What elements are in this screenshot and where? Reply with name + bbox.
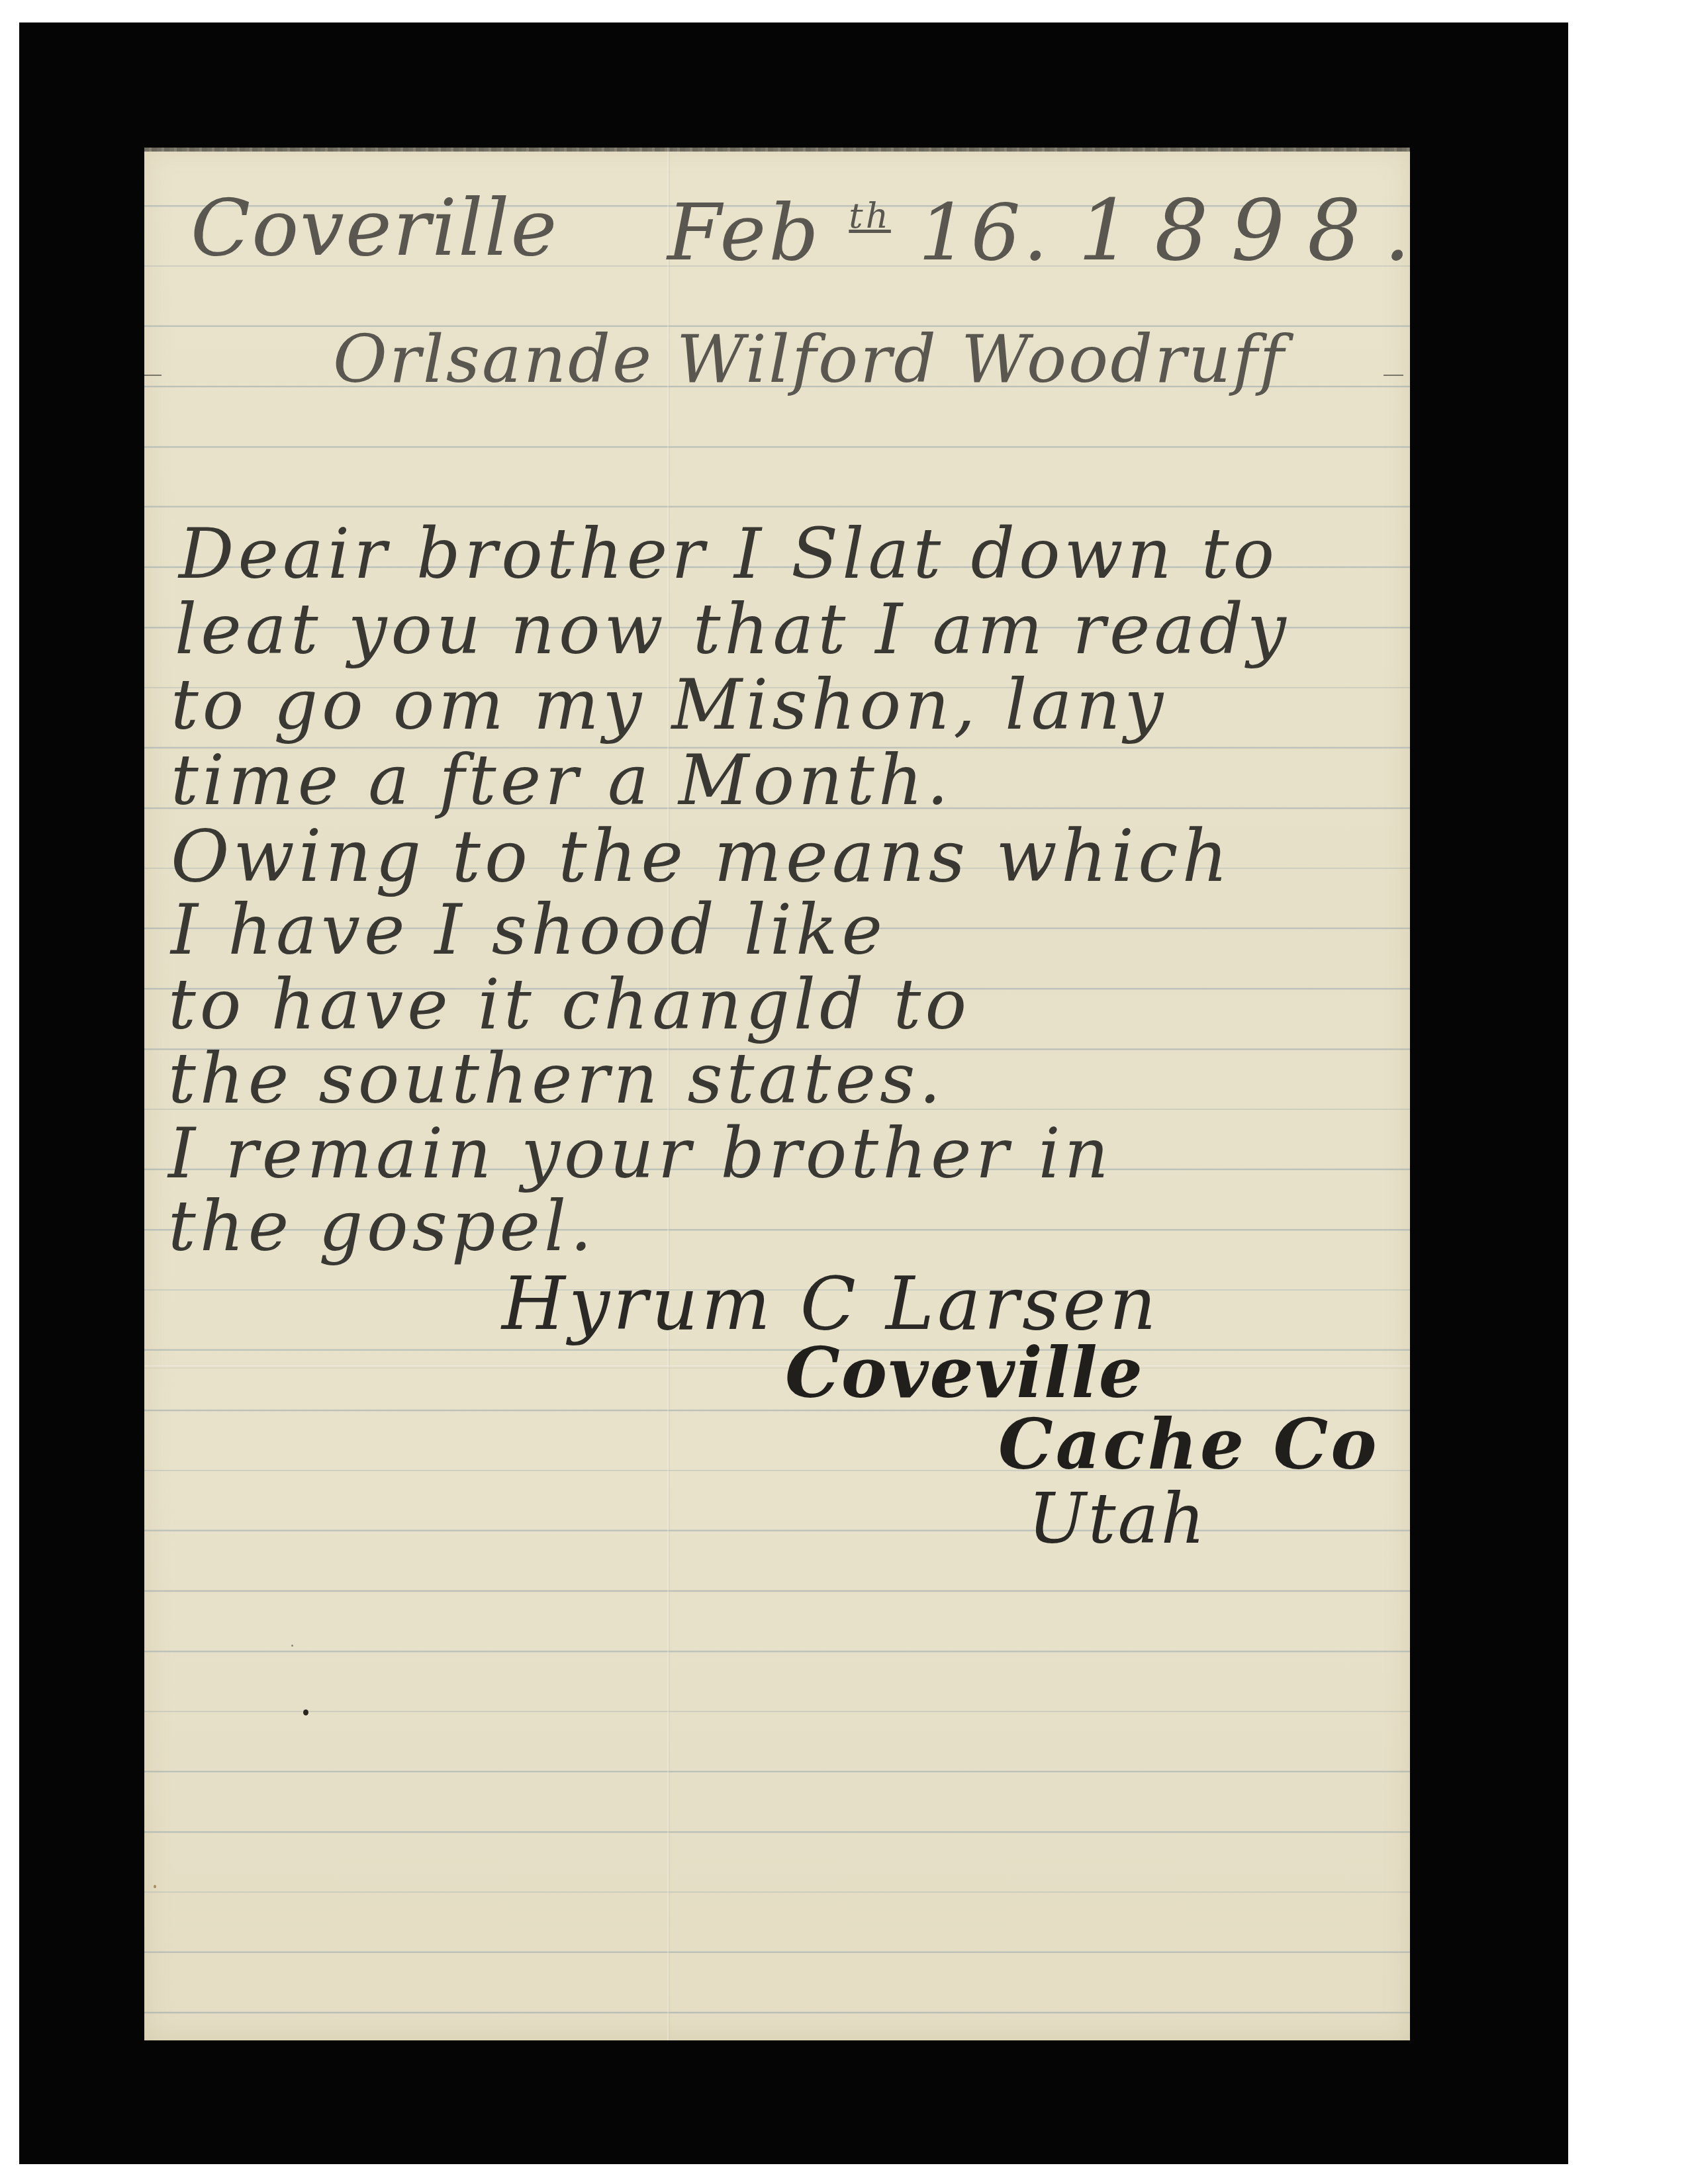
body-line: I have I shood like — [171, 895, 886, 964]
body-line-text: I remain your brother in — [168, 1113, 1113, 1194]
signature-name: Hyrum C Larsen — [502, 1267, 1160, 1340]
body-line: to go om my Mishon, lany — [171, 670, 1167, 739]
ink-spot — [303, 1709, 308, 1715]
body-line: leat you now that I am ready — [175, 595, 1290, 664]
body-line-text: I have I shood like — [171, 889, 886, 970]
signature-county: Cache Co — [998, 1410, 1380, 1479]
addressee-text: Orlsande Wilford Woodruff — [333, 320, 1286, 398]
horizontal-fold-crease — [144, 1365, 1410, 1369]
date-year: 1898. — [1078, 181, 1410, 280]
signature-state-text: Utah — [1028, 1479, 1207, 1559]
ink-spot — [291, 1645, 293, 1647]
body-line: the gospel. — [168, 1192, 596, 1261]
signature-town-text: Coveville — [785, 1332, 1144, 1414]
body-line-text: Owing to the means which — [171, 815, 1232, 898]
body-line-text: to go om my Mishon, lany — [171, 664, 1167, 745]
date-suffix: th — [849, 195, 891, 236]
body-line-text: to have it changld to — [168, 964, 970, 1045]
place-text: Coverille — [191, 182, 558, 273]
place-heading: Coverille — [191, 189, 558, 267]
body-line: Owing to the means which — [171, 821, 1232, 893]
date-heading: Feb th 16. 1898. — [667, 189, 1410, 273]
signature-town: Coveville — [785, 1339, 1144, 1408]
body-line: time a fter a Month. — [171, 746, 953, 815]
addressee-heading: Orlsande Wilford Woodruff — [333, 326, 1286, 392]
signature-state: Utah — [1028, 1484, 1207, 1553]
right-margin-mark — [1383, 375, 1403, 376]
body-line-text: the southern states. — [168, 1038, 945, 1119]
body-line-text: the gospel. — [168, 1186, 596, 1267]
body-line: the southern states. — [168, 1044, 945, 1113]
body-line: to have it changld to — [168, 970, 970, 1039]
body-line-text: leat you now that I am ready — [175, 589, 1290, 670]
body-line: I remain your brother in — [168, 1119, 1113, 1188]
date-day: 16. — [918, 187, 1051, 278]
body-line: Deair brother I Slat down to — [179, 520, 1278, 588]
left-margin-mark — [144, 375, 162, 376]
letter-paper: Coverille Feb th 16. 1898. Orlsande Wilf… — [144, 148, 1410, 2040]
body-line-text: Deair brother I Slat down to — [179, 514, 1278, 594]
signature-county-text: Cache Co — [998, 1404, 1380, 1485]
ink-spot — [154, 1885, 156, 1888]
date-month: Feb — [667, 187, 821, 278]
body-line-text: time a fter a Month. — [171, 740, 953, 821]
